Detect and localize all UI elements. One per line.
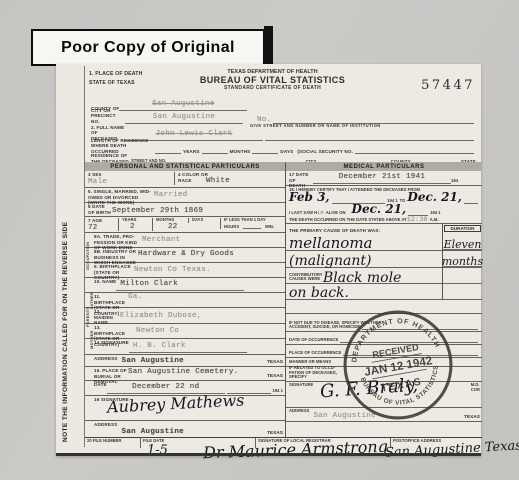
age-years-value: 72 xyxy=(88,224,118,232)
informant-address-row: ADDRESS San Augustine TEXAS xyxy=(85,355,285,367)
father-name-label: 10. NAME xyxy=(94,279,116,285)
contributory-label: CONTRIBUTORY CAUSES WERE xyxy=(289,273,323,282)
death-certificate: 1. PLACE OF DEATH STATE OF TEXAS TEXAS D… xyxy=(84,66,481,447)
texas-label-4: TEXAS xyxy=(464,415,480,420)
date-of-death-year: 194 xyxy=(451,179,458,184)
bureau-title: BUREAU OF VITAL STATISTICS xyxy=(180,75,365,85)
hours-label: HOURS xyxy=(224,225,239,230)
sex-color-row: 3 SEX Male 4 COLOR OR RACE White xyxy=(85,171,285,188)
fullname-value: John Lewis Clark xyxy=(156,130,233,138)
duration-label: DURATION xyxy=(444,225,481,232)
age-days-label: DAYS xyxy=(192,218,220,223)
industry-row: 8B. INDUSTRY OR BUSINESS IN WHICH ENGAGE… xyxy=(85,248,285,263)
city-label: CITY OR PRECINCT NO. xyxy=(91,108,125,125)
stamp-texas-text: TEXAS xyxy=(380,377,423,395)
certify-block: 18. I HEREBY CERTIFY THAT I ATTENDED THE… xyxy=(286,186,482,224)
informant-signature-label: 14 SIGNATURE xyxy=(94,340,129,346)
physician-address-label: ADDRESS xyxy=(289,409,309,414)
received-stamp: DEPARTMENT OF HEALTH BUREAU OF VITAL STA… xyxy=(333,300,463,430)
contributory-value-2: on back. xyxy=(289,285,349,301)
state-of-texas-label: STATE OF TEXAS xyxy=(89,80,142,86)
informant-address-label: ADDRESS xyxy=(94,356,118,362)
personal-column: 3 SEX Male 4 COLOR OR RACE White 5. SING… xyxy=(85,171,286,437)
burial-date-label: DATE xyxy=(94,382,107,388)
duration-value-1: Eleven xyxy=(444,238,482,251)
duration-empty-line xyxy=(443,267,482,284)
texas-label-2: TEXAS xyxy=(267,374,283,379)
burial-date-value: December 22 nd xyxy=(132,383,199,391)
marital-row: 5. SINGLE, MARRIED, WID- OWED OR DIVORCE… xyxy=(85,188,285,203)
residence-length-row: LENGTH OF RESIDENCE WHERE DEATH OCCURRED… xyxy=(88,142,479,154)
father-birthplace-value: Ga. xyxy=(128,293,142,301)
primary-cause-label: THE PRIMARY CAUSE OF DEATH WAS: xyxy=(289,228,380,234)
personal-column-header: PERSONAL AND STATISTICAL PARTICULARS xyxy=(85,162,286,171)
date-of-death-row: 17 DATE OF DEATH December 21st 1941 194 xyxy=(286,171,482,186)
birthdate-label: 6 DATE OF BIRTH xyxy=(88,204,112,215)
father-name-row: 10. NAME Milton Clark xyxy=(85,278,285,293)
poor-copy-banner: Poor Copy of Original xyxy=(31,29,265,66)
color-value: White xyxy=(206,177,283,185)
residence-length-label: LENGTH OF RESIDENCE WHERE DEATH OCCURRED xyxy=(91,138,153,155)
funeral-address-value: San Augustine xyxy=(122,428,184,436)
mother-name-value: Elizabeth Dubose, xyxy=(120,312,202,320)
side-label-occupation: OCCUPATION xyxy=(85,233,90,278)
place-of-death-label: 1. PLACE OF DEATH xyxy=(89,71,142,77)
attended-from-value: Feb 3, xyxy=(289,190,330,204)
father-birthplace-row: 11. BIRTHPLACE (STATE OR COUNTRY) Ga. xyxy=(85,293,285,308)
city-value: San Augustine xyxy=(153,113,215,121)
age-row: 7 AGE 72 YEARS 2 MONTHS 22 DAYS xyxy=(85,217,285,233)
funeral-address-label: ADDRESS xyxy=(94,422,118,428)
date-occurrence-label: DATE OF OCCURRENCE xyxy=(289,338,338,343)
min-label: MIN. xyxy=(265,225,274,230)
texas-label-1: TEXAS xyxy=(267,360,283,365)
industry-value: Hardware & Dry Goods xyxy=(138,250,234,258)
lastsaw-date-value: Dec. 21, xyxy=(352,202,407,216)
trade-value: Merchant xyxy=(142,236,180,244)
death-occurred-label: THE DEATH OCCURRED ON THE DATE STATED AB… xyxy=(289,218,407,223)
marital-value: Married xyxy=(154,191,188,199)
cause-value-2: (malignant) xyxy=(289,253,371,269)
certificate-subtitle: STANDARD CERTIFICATE OF DEATH xyxy=(180,85,365,91)
age-less-label: IF LESS THAN 1 DAY xyxy=(224,218,285,223)
funeral-address-row: ADDRESS San Augustine TEXAS xyxy=(85,421,285,437)
ampm-label: A.M. xyxy=(430,218,439,223)
hours-underline xyxy=(243,226,261,229)
physician-signature-label: SIGNATURE xyxy=(289,383,313,388)
header-title-block: TEXAS DEPARTMENT OF HEALTH BUREAU OF VIT… xyxy=(180,69,365,91)
birthdate-value: September 29th 1869 xyxy=(112,207,203,215)
funeral-signature-row: 16 SIGNATURE Aubrey Mathews xyxy=(85,396,285,421)
duration-value-2: months xyxy=(442,255,483,268)
banner-text: Poor Copy of Original xyxy=(61,39,235,57)
side-label-father: FATHER xyxy=(89,278,94,324)
death-time-value: 12:30 xyxy=(407,216,428,223)
place-of-death-block: 1. PLACE OF DEATH STATE OF TEXAS xyxy=(89,71,142,86)
related-label: IF RELATED TO OCCU- PATION OF DECEASED, … xyxy=(289,366,349,380)
cor-label: COR xyxy=(471,388,480,393)
informant-signature-value: H. B. Clark xyxy=(133,342,186,350)
age-days-value: 22 xyxy=(168,223,188,231)
father-name-value: Milton Clark xyxy=(120,280,178,288)
mother-name-row: 12. MAIDEN NAME Elizabeth Dubose, xyxy=(85,308,285,324)
certificate-number: 57447 xyxy=(421,78,475,93)
lastsaw-mid: im xyxy=(317,210,324,216)
place-occurrence-label: PLACE OF OCCURRENCE xyxy=(289,351,341,356)
attended-to-value: Dec. 21, xyxy=(407,190,462,204)
fullname-underline xyxy=(265,138,474,141)
informant-signature-row: 14 SIGNATURE H. B. Clark xyxy=(85,339,285,355)
scan-bottom-edge xyxy=(56,453,481,456)
margin-note: NOTE THE INFORMATION CALLED FOR ON THE R… xyxy=(62,142,69,442)
certificate-card: NOTE THE INFORMATION CALLED FOR ON THE R… xyxy=(56,64,481,456)
trade-row: 8A. TRADE, PRO- FESSION OR KIND OF WORK … xyxy=(85,233,285,248)
file-number-label: 20 FILE NUMBER xyxy=(85,438,141,448)
age-months-value: 2 xyxy=(130,223,152,231)
burial-year: 194 1 xyxy=(273,389,283,394)
birthdate-row: 6 DATE OF BIRTH September 29th 1869 xyxy=(85,203,285,217)
texas-label-3: TEXAS xyxy=(267,431,283,436)
date-of-death-value: December 21st 1941 xyxy=(339,173,425,181)
informant-address-value: San Augustine xyxy=(122,357,184,365)
side-label-mother: MOTHER xyxy=(89,324,94,355)
duration-column: DURATION Eleven months xyxy=(442,224,482,300)
sex-value: Male xyxy=(88,178,174,186)
cause-value-1: mellanoma xyxy=(289,234,373,252)
scan-background: Poor Copy of Original NOTE THE INFORMATI… xyxy=(0,0,519,480)
